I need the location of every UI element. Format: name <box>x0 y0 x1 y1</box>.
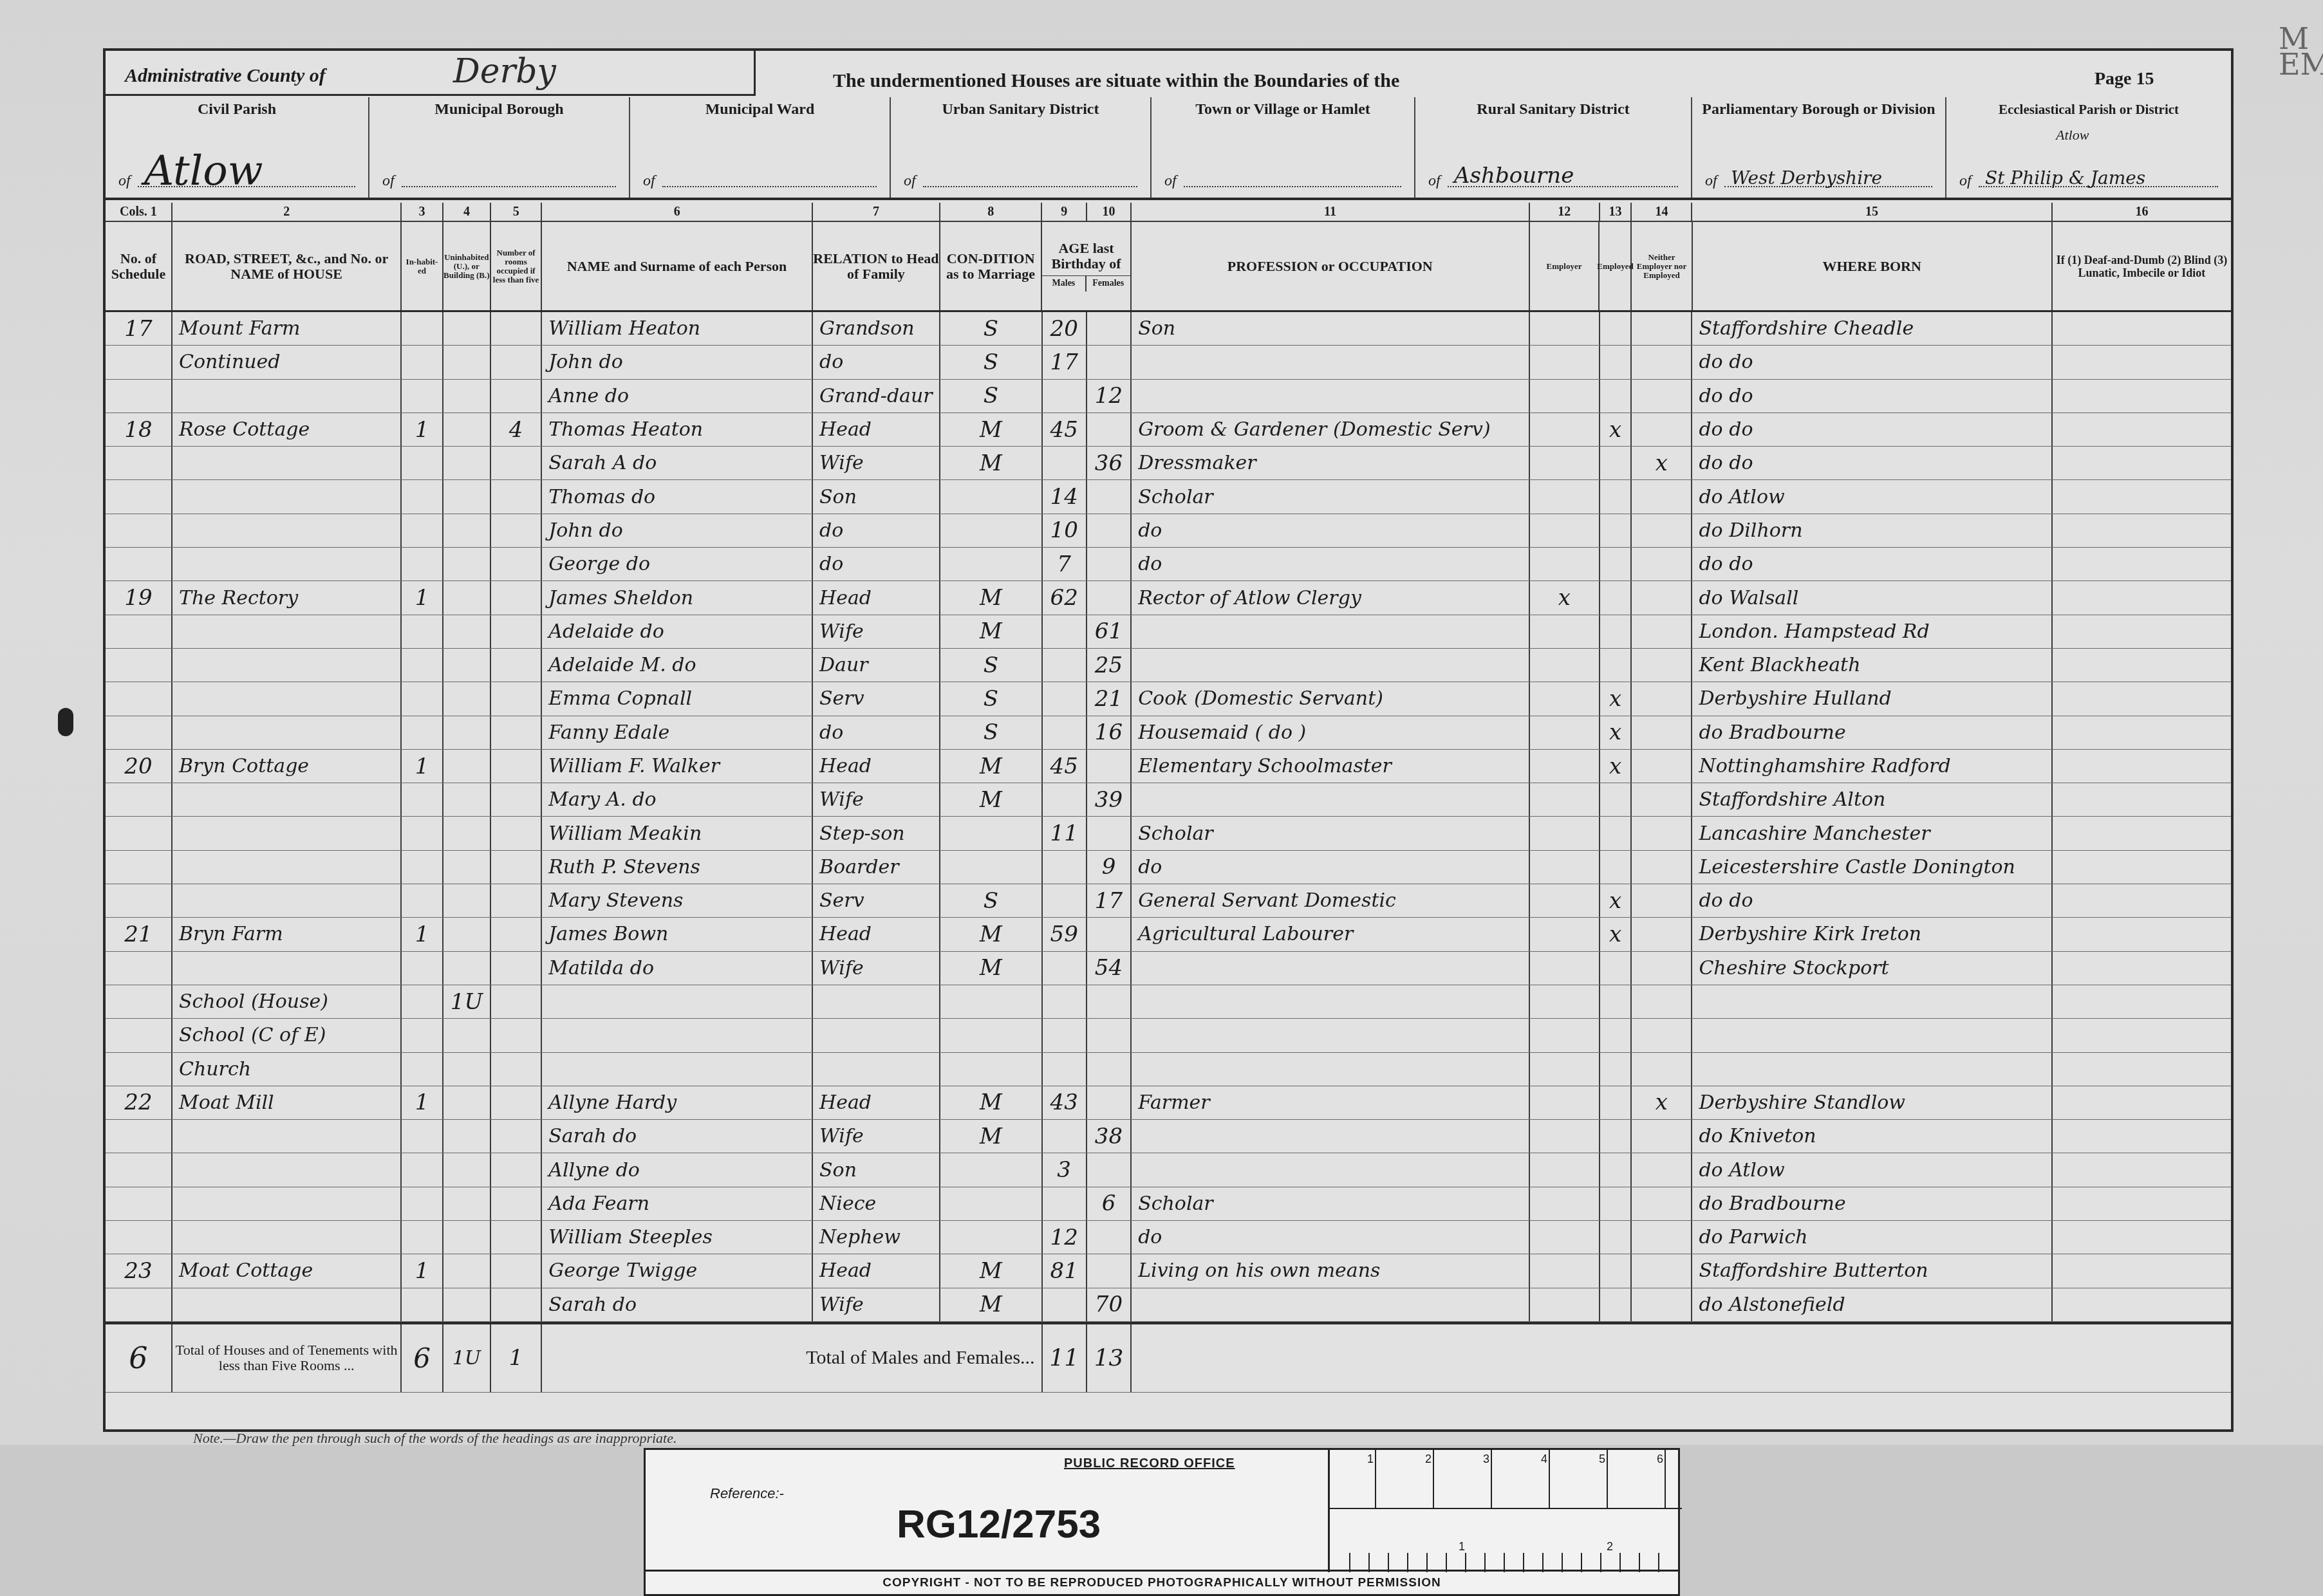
employed <box>1600 1053 1632 1086</box>
table-row: 19The Rectory1James SheldonHeadM62Rector… <box>106 581 2231 615</box>
employer <box>1530 514 1600 547</box>
person-name <box>542 985 813 1018</box>
header-condition: CON-DITION as to Marriage <box>940 222 1042 310</box>
occupation: Living on his own means <box>1132 1254 1530 1287</box>
age-male: 12 <box>1043 1221 1087 1254</box>
rooms <box>491 480 542 513</box>
rooms <box>491 1187 542 1220</box>
age-female <box>1087 918 1132 951</box>
infirmity <box>2053 1019 2231 1052</box>
where-born: do Atlow <box>1692 480 2052 513</box>
infirmity <box>2053 716 2231 749</box>
occupation <box>1132 1019 1530 1052</box>
relation: Grand-daur <box>813 380 940 413</box>
area-label: Municipal Borough <box>369 101 629 118</box>
occupation: Cook (Domestic Servant) <box>1132 682 1530 715</box>
rooms <box>491 783 542 816</box>
area-value: St Philip & James <box>1985 167 2145 189</box>
employer <box>1530 716 1600 749</box>
condition: S <box>940 884 1042 917</box>
schedule-number: 17 <box>106 312 173 345</box>
inhabited: 1 <box>402 413 443 446</box>
table-row: Ada FearnNiece6Scholardo Bradbourne <box>106 1187 2231 1221</box>
relation: Wife <box>813 447 940 479</box>
age-female <box>1087 548 1132 580</box>
schedule-number: 21 <box>106 918 173 951</box>
rooms <box>491 918 542 951</box>
person-name: Anne do <box>542 380 813 413</box>
where-born: do Dilhorn <box>1692 514 2052 547</box>
relation: Head <box>813 918 940 951</box>
condition: S <box>940 682 1042 715</box>
person-name: Thomas do <box>542 480 813 513</box>
rooms <box>491 1288 542 1321</box>
employer <box>1530 952 1600 985</box>
census-rows: 17Mount FarmWilliam HeatonGrandsonS20Son… <box>106 312 2231 1322</box>
relation: Nephew <box>813 1221 940 1254</box>
neither <box>1632 581 1692 614</box>
where-born: do do <box>1692 447 2052 479</box>
area-value: West Derbyshire <box>1731 167 1882 189</box>
total-females: 13 <box>1087 1324 1132 1392</box>
age-male: 59 <box>1043 918 1087 951</box>
rooms <box>491 346 542 378</box>
age-female <box>1087 346 1132 378</box>
header-employed: Employed <box>1600 222 1632 310</box>
condition: M <box>940 1086 1042 1119</box>
occupation: General Servant Domestic <box>1132 884 1530 917</box>
neither <box>1632 649 1692 682</box>
house-name <box>173 1288 402 1321</box>
rooms <box>491 985 542 1018</box>
employed <box>1600 581 1632 614</box>
margin-note: M EMP <box>2279 26 2323 77</box>
occupation: do <box>1132 514 1530 547</box>
col-num: 5 <box>491 203 542 221</box>
neither <box>1632 918 1692 951</box>
infirmity <box>2053 1254 2231 1287</box>
rooms <box>491 1221 542 1254</box>
cm-mark: 3 <box>1483 1452 1489 1466</box>
relation: Daur <box>813 649 940 682</box>
schedule-number <box>106 447 173 479</box>
house-name: Rose Cottage <box>173 413 402 446</box>
totals-blank <box>1132 1324 2231 1392</box>
infirmity <box>2053 783 2231 816</box>
age-male <box>1043 952 1087 985</box>
area-line <box>923 186 1137 187</box>
occupation: Housemaid ( do ) <box>1132 716 1530 749</box>
neither <box>1632 1019 1692 1052</box>
person-name: Adelaide do <box>542 615 813 648</box>
employed <box>1600 851 1632 884</box>
employer <box>1530 413 1600 446</box>
header-schedule: No. of Schedule <box>106 222 173 310</box>
age-male: 3 <box>1043 1153 1087 1186</box>
employed: x <box>1600 750 1632 783</box>
table-row: Mary StevensServS17General Servant Domes… <box>106 884 2231 918</box>
employer <box>1530 346 1600 378</box>
house-name <box>173 1120 402 1153</box>
uninhabited <box>443 1221 491 1254</box>
where-born: do Bradbourne <box>1692 1187 2052 1220</box>
age-male: 17 <box>1043 346 1087 378</box>
rooms <box>491 952 542 985</box>
table-row: Emma CopnallServS21Cook (Domestic Servan… <box>106 682 2231 716</box>
col-num: 9 <box>1042 203 1087 221</box>
relation: Boarder <box>813 851 940 884</box>
age-female <box>1087 514 1132 547</box>
condition: S <box>940 380 1042 413</box>
schedule-number: 18 <box>106 413 173 446</box>
rooms <box>491 581 542 614</box>
age-male: 62 <box>1043 581 1087 614</box>
age-female: 6 <box>1087 1187 1132 1220</box>
neither <box>1632 548 1692 580</box>
neither <box>1632 1187 1692 1220</box>
uninhabited <box>443 851 491 884</box>
house-name: Mount Farm <box>173 312 402 345</box>
employed: x <box>1600 413 1632 446</box>
age-female <box>1087 413 1132 446</box>
reference-label: Reference:- <box>710 1485 784 1502</box>
header-age-label: AGE last Birthday of <box>1042 241 1130 272</box>
header-name: NAME and Surname of each Person <box>542 222 813 310</box>
house-name <box>173 548 402 580</box>
person-name: Mary Stevens <box>542 884 813 917</box>
relation: Head <box>813 1086 940 1119</box>
occupation: Scholar <box>1132 1187 1530 1220</box>
col-num: 3 <box>402 203 443 221</box>
condition <box>940 480 1042 513</box>
house-name: Bryn Farm <box>173 918 402 951</box>
employer <box>1530 380 1600 413</box>
occupation <box>1132 952 1530 985</box>
where-born: Kent Blackheath <box>1692 649 2052 682</box>
person-name: Allyne do <box>542 1153 813 1186</box>
employed <box>1600 514 1632 547</box>
employer <box>1530 682 1600 715</box>
occupation <box>1132 985 1530 1018</box>
where-born: do do <box>1692 884 2052 917</box>
uninhabited <box>443 380 491 413</box>
age-male: 45 <box>1043 750 1087 783</box>
employed <box>1600 346 1632 378</box>
table-row: Thomas doSon14Scholardo Atlow <box>106 480 2231 514</box>
condition: M <box>940 952 1042 985</box>
employed: x <box>1600 682 1632 715</box>
table-row: Sarah A doWifeM36Dressmakerxdo do <box>106 447 2231 480</box>
occupation: do <box>1132 851 1530 884</box>
employer <box>1530 817 1600 849</box>
relation: Wife <box>813 1120 940 1153</box>
rooms <box>491 447 542 479</box>
age-male <box>1043 884 1087 917</box>
inhabited: 1 <box>402 1254 443 1287</box>
age-female <box>1087 985 1132 1018</box>
header-house: ROAD, STREET, &c., and No. or NAME of HO… <box>173 222 402 310</box>
schedule-number <box>106 817 173 849</box>
inhabited <box>402 851 443 884</box>
employed <box>1600 447 1632 479</box>
table-row: Ruth P. StevensBoarder9doLeicestershire … <box>106 851 2231 884</box>
employer: x <box>1530 581 1600 614</box>
rooms <box>491 649 542 682</box>
where-born: Derbyshire Hulland <box>1692 682 2052 715</box>
employed <box>1600 1019 1632 1052</box>
where-born: do Parwich <box>1692 1221 2052 1254</box>
schedule-number <box>106 346 173 378</box>
col-num: 16 <box>2053 203 2231 221</box>
occupation <box>1132 1053 1530 1086</box>
neither: x <box>1632 1086 1692 1119</box>
uninhabited <box>443 1086 491 1119</box>
house-name <box>173 447 402 479</box>
house-name: Continued <box>173 346 402 378</box>
inhabited <box>402 447 443 479</box>
table-row: George dodo7dodo do <box>106 548 2231 581</box>
uninhabited <box>443 817 491 849</box>
person-name: William Meakin <box>542 817 813 849</box>
age-male <box>1043 1288 1087 1321</box>
house-name <box>173 1221 402 1254</box>
person-name: William Heaton <box>542 312 813 345</box>
age-male <box>1043 851 1087 884</box>
infirmity <box>2053 952 2231 985</box>
employer <box>1530 1153 1600 1186</box>
table-row: Sarah doWifeM38do Kniveton <box>106 1120 2231 1153</box>
where-born: do Atlow <box>1692 1153 2052 1186</box>
neither <box>1632 884 1692 917</box>
col-num: 4 <box>443 203 491 221</box>
inhabited <box>402 615 443 648</box>
age-male: 10 <box>1043 514 1087 547</box>
inhabited <box>402 682 443 715</box>
uninhabited <box>443 312 491 345</box>
area-line <box>402 186 616 187</box>
neither <box>1632 716 1692 749</box>
schedule-number <box>106 480 173 513</box>
punch-hole <box>58 708 73 736</box>
inhabited: 1 <box>402 1086 443 1119</box>
col-num: 6 <box>542 203 813 221</box>
header-neither: Neither Employer nor Employed <box>1632 222 1692 310</box>
inhabited <box>402 783 443 816</box>
age-male <box>1043 682 1087 715</box>
condition <box>940 548 1042 580</box>
uninhabited <box>443 447 491 479</box>
schedule-number <box>106 985 173 1018</box>
age-male <box>1043 649 1087 682</box>
employed <box>1600 783 1632 816</box>
inhabited <box>402 380 443 413</box>
uninhabited <box>443 1187 491 1220</box>
age-male: 20 <box>1043 312 1087 345</box>
where-born: Cheshire Stockport <box>1692 952 2052 985</box>
employed: x <box>1600 918 1632 951</box>
condition: S <box>940 346 1042 378</box>
age-female: 38 <box>1087 1120 1132 1153</box>
rooms <box>491 615 542 648</box>
table-row: Fanny EdaledoS16Housemaid ( do )xdo Brad… <box>106 716 2231 750</box>
inhabited <box>402 985 443 1018</box>
county-box: Administrative County of Derby <box>106 51 756 96</box>
table-row: William MeakinStep-son11ScholarLancashir… <box>106 817 2231 850</box>
neither <box>1632 750 1692 783</box>
area-parliamentary: Parliamentary Borough or Division of Wes… <box>1692 97 1946 198</box>
occupation: Rector of Atlow Clergy <box>1132 581 1530 614</box>
employed: x <box>1600 716 1632 749</box>
total-mf-label: Total of Males and Females... <box>806 1347 1034 1369</box>
uninhabited <box>443 1254 491 1287</box>
employed <box>1600 1120 1632 1153</box>
table-row: School (C of E) <box>106 1019 2231 1052</box>
neither <box>1632 1053 1692 1086</box>
house-name: School (C of E) <box>173 1019 402 1052</box>
uninhabited <box>443 682 491 715</box>
occupation <box>1132 1120 1530 1153</box>
area-line <box>1184 186 1401 187</box>
area-prefix: of <box>1705 172 1717 190</box>
where-born: do Alstonefield <box>1692 1288 2052 1321</box>
uninhabited <box>443 918 491 951</box>
schedule-number <box>106 783 173 816</box>
col-num: 8 <box>940 203 1042 221</box>
employer <box>1530 1019 1600 1052</box>
neither <box>1632 1288 1692 1321</box>
schedule-number <box>106 682 173 715</box>
employed <box>1600 1254 1632 1287</box>
schedule-number: 19 <box>106 581 173 614</box>
where-born: Staffordshire Alton <box>1692 783 2052 816</box>
inch-mark: 1 <box>1459 1540 1465 1554</box>
census-page: M EMP Administrative County of Derby The… <box>0 0 2323 1445</box>
condition <box>940 851 1042 884</box>
header-age: AGE last Birthday of Males Females <box>1042 222 1132 310</box>
scale-ruler: 1 2 3 4 5 6 1 2 <box>1328 1450 1682 1572</box>
rooms <box>491 1086 542 1119</box>
table-row: 17Mount FarmWilliam HeatonGrandsonS20Son… <box>106 312 2231 346</box>
area-label: Municipal Ward <box>630 101 890 118</box>
table-row: 22Moat Mill1Allyne HardyHeadM43FarmerxDe… <box>106 1086 2231 1120</box>
person-name: Thomas Heaton <box>542 413 813 446</box>
age-female <box>1087 817 1132 849</box>
neither <box>1632 1120 1692 1153</box>
reference-number: RG12/2753 <box>897 1501 1101 1547</box>
uninhabited <box>443 581 491 614</box>
schedule-number <box>106 1288 173 1321</box>
uninhabited <box>443 514 491 547</box>
relation <box>813 1053 940 1086</box>
inhabited <box>402 817 443 849</box>
where-born: Nottinghamshire Radford <box>1692 750 2052 783</box>
rooms <box>491 1153 542 1186</box>
where-born: London. Hampstead Rd <box>1692 615 2052 648</box>
header-inhabited: In-habit-ed <box>402 222 443 310</box>
table-row: Church <box>106 1053 2231 1086</box>
condition: M <box>940 1288 1042 1321</box>
table-row: Anne doGrand-daurS12do do <box>106 380 2231 413</box>
employer <box>1530 783 1600 816</box>
age-male <box>1043 783 1087 816</box>
where-born: Staffordshire Butterton <box>1692 1254 2052 1287</box>
infirmity <box>2053 615 2231 648</box>
age-female <box>1087 1019 1132 1052</box>
neither <box>1632 1221 1692 1254</box>
neither <box>1632 851 1692 884</box>
neither <box>1632 1254 1692 1287</box>
neither <box>1632 682 1692 715</box>
rooms <box>491 817 542 849</box>
age-male <box>1043 1053 1087 1086</box>
house-name: Moat Cottage <box>173 1254 402 1287</box>
employer <box>1530 1288 1600 1321</box>
table-row: 23Moat Cottage1George TwiggeHeadM81Livin… <box>106 1254 2231 1288</box>
age-male: 81 <box>1043 1254 1087 1287</box>
area-prefix: of <box>118 172 131 190</box>
age-male <box>1043 1187 1087 1220</box>
schedule-number <box>106 716 173 749</box>
header-occupation: PROFESSION or OCCUPATION <box>1132 222 1530 310</box>
occupation: do <box>1132 548 1530 580</box>
relation: Serv <box>813 884 940 917</box>
employer <box>1530 750 1600 783</box>
uninhabited <box>443 649 491 682</box>
occupation <box>1132 783 1530 816</box>
condition <box>940 1053 1042 1086</box>
area-prefix: of <box>1959 172 1972 190</box>
person-name: William F. Walker <box>542 750 813 783</box>
col-num: Cols. 1 <box>106 203 173 221</box>
uninhabited <box>443 548 491 580</box>
age-female <box>1087 750 1132 783</box>
rooms <box>491 750 542 783</box>
cm-mark: 1 <box>1367 1452 1374 1466</box>
age-female <box>1087 1053 1132 1086</box>
relation: Head <box>813 413 940 446</box>
employer <box>1530 615 1600 648</box>
where-born: do Bradbourne <box>1692 716 2052 749</box>
neither <box>1632 413 1692 446</box>
occupation <box>1132 1153 1530 1186</box>
infirmity <box>2053 1187 2231 1220</box>
age-male <box>1043 380 1087 413</box>
relation: Grandson <box>813 312 940 345</box>
header-where-born: WHERE BORN <box>1693 222 2053 310</box>
rooms <box>491 514 542 547</box>
infirmity <box>2053 1153 2231 1186</box>
infirmity <box>2053 918 2231 951</box>
col-num: 7 <box>813 203 940 221</box>
condition: M <box>940 918 1042 951</box>
relation: Head <box>813 1254 940 1287</box>
infirmity <box>2053 1288 2231 1321</box>
table-row: William SteeplesNephew12dodo Parwich <box>106 1221 2231 1254</box>
house-name <box>173 1153 402 1186</box>
age-female: 12 <box>1087 380 1132 413</box>
county-label: Administrative County of <box>125 65 326 87</box>
employed <box>1600 817 1632 849</box>
schedule-number <box>106 380 173 413</box>
infirmity <box>2053 1120 2231 1153</box>
total-uninhabited: 1U <box>443 1324 491 1392</box>
total-inhabited: 6 <box>402 1324 443 1392</box>
rooms <box>491 1120 542 1153</box>
neither <box>1632 480 1692 513</box>
relation: do <box>813 716 940 749</box>
neither <box>1632 817 1692 849</box>
table-row: Adelaide M. doDaurS25Kent Blackheath <box>106 649 2231 682</box>
